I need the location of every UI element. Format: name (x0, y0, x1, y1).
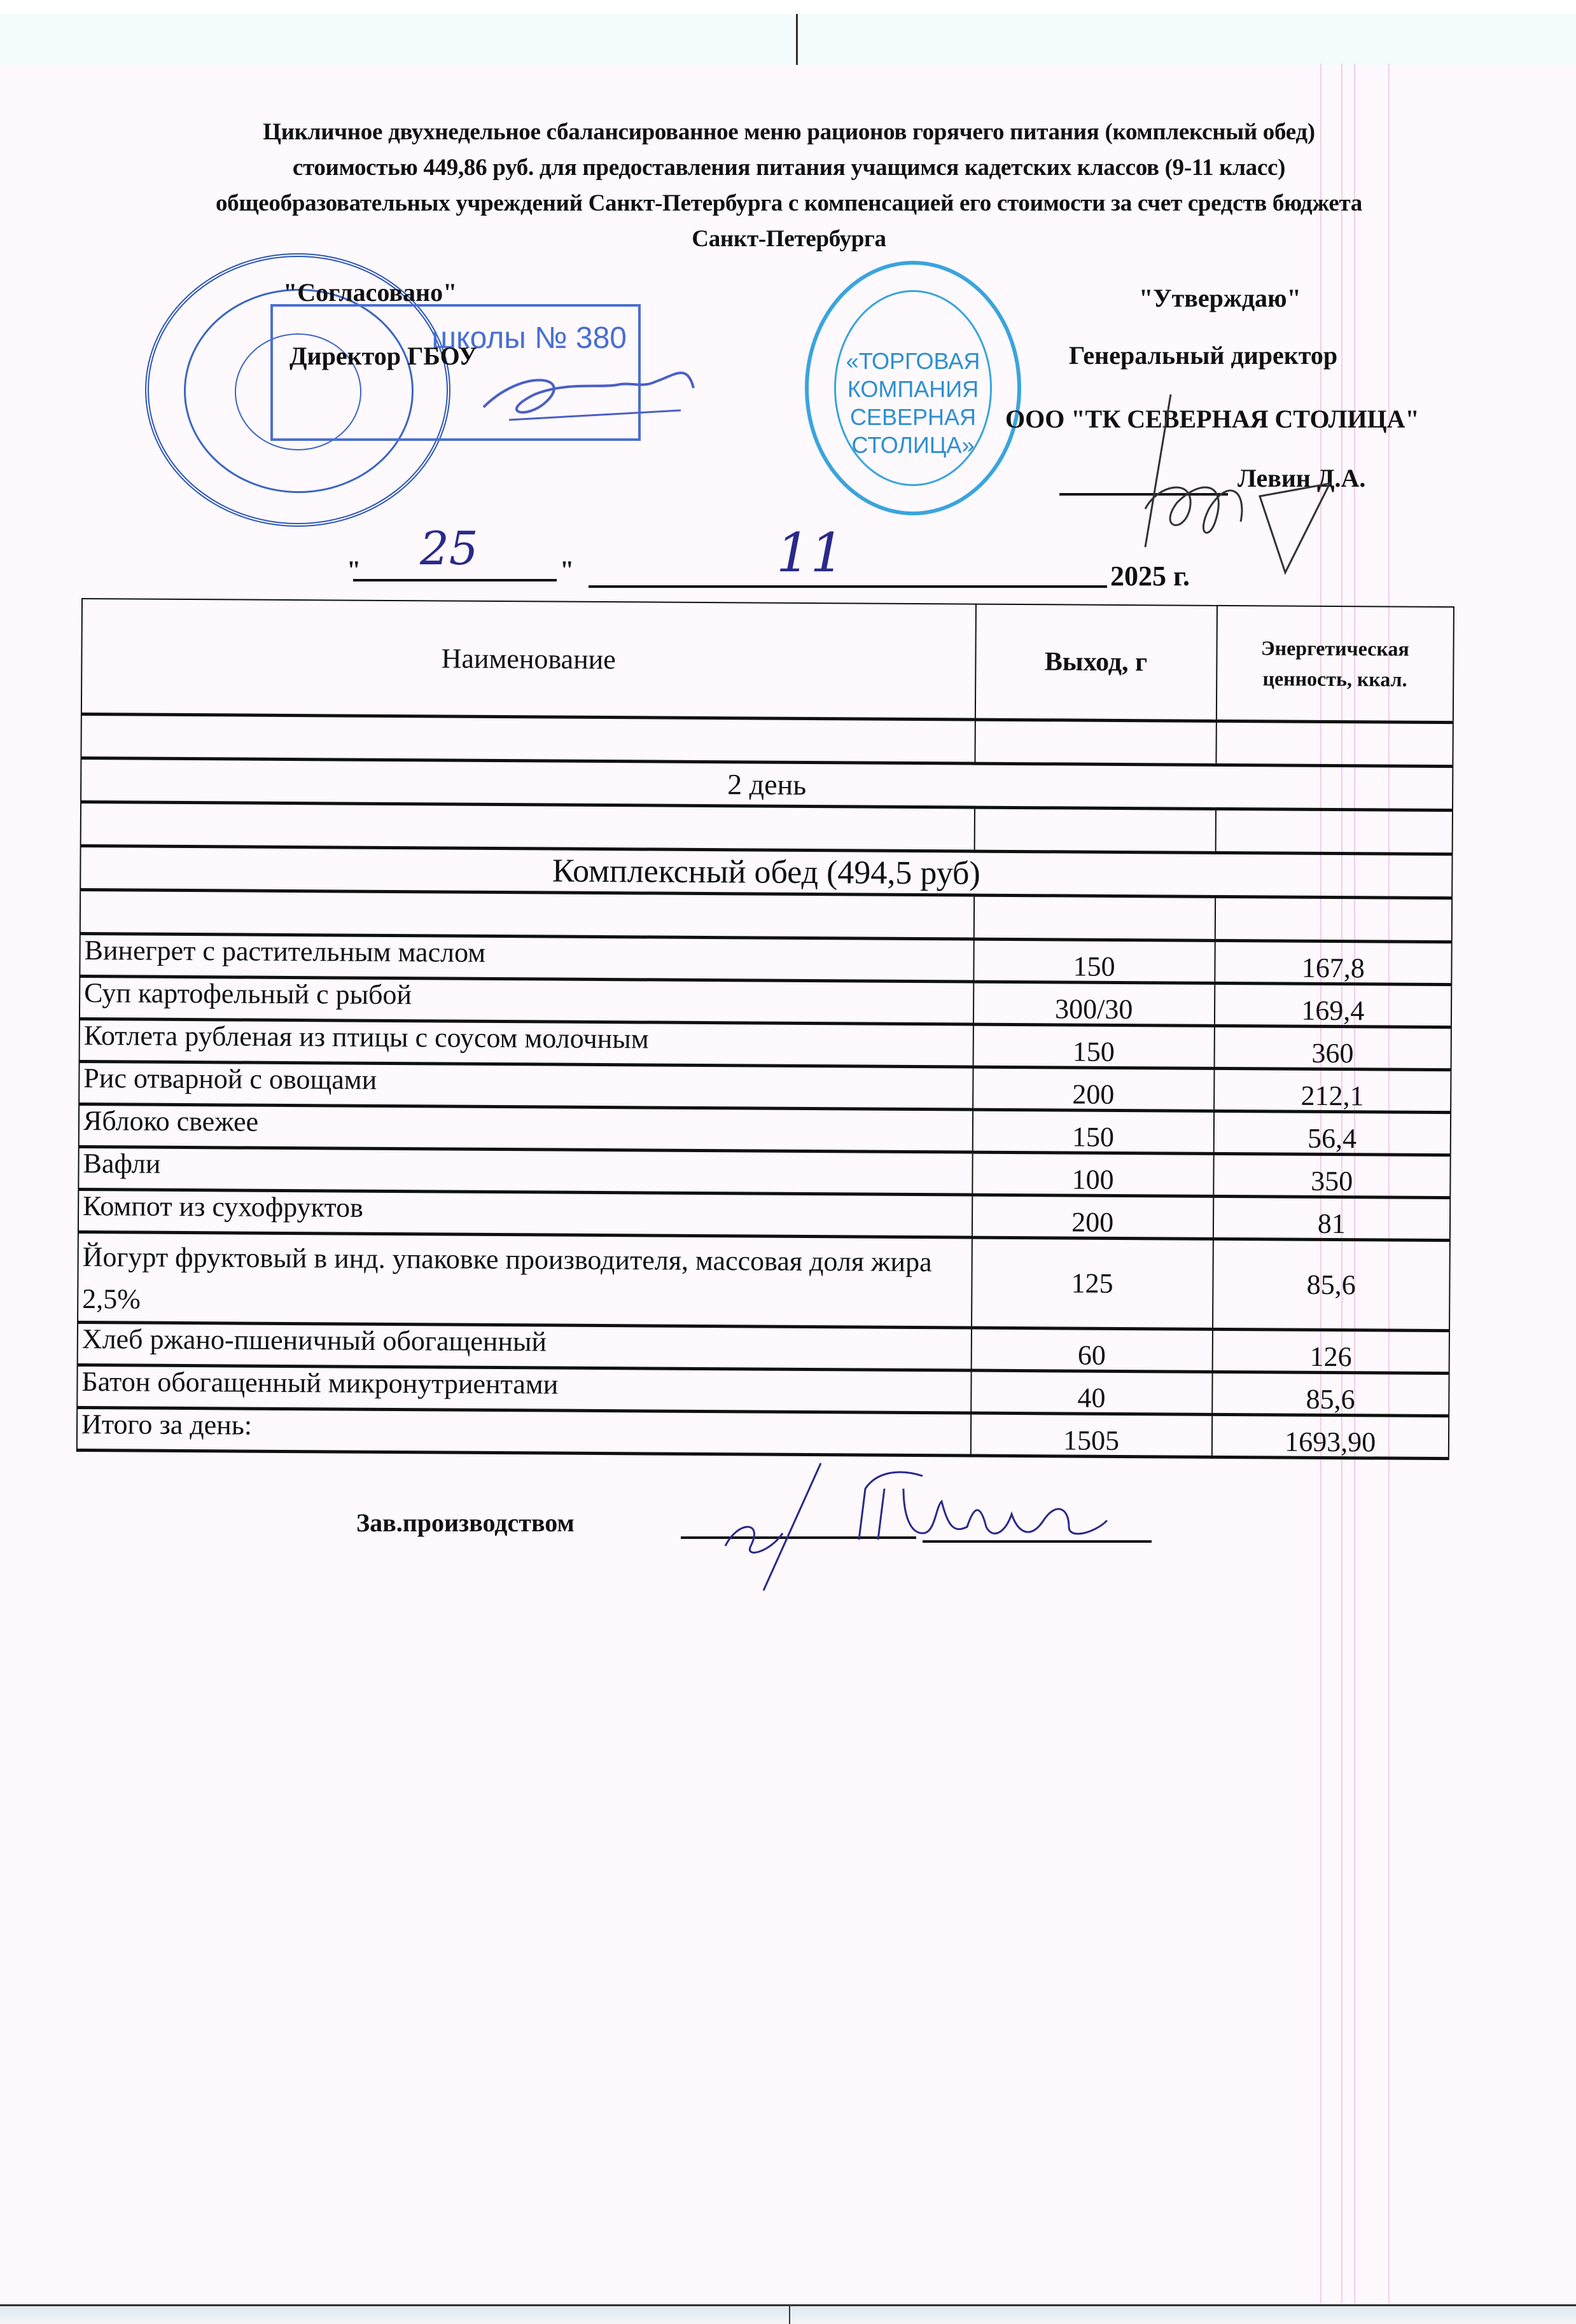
item-yield: 150 (973, 1024, 1214, 1068)
title-line: Санкт-Петербурга (89, 221, 1489, 257)
header-energy: Энергетическая ценность, ккал. (1216, 606, 1453, 723)
document-title: Цикличное двухнедельное сбалансированное… (89, 115, 1489, 257)
item-energy: 81 (1213, 1196, 1450, 1240)
header-yield: Выход, г (975, 604, 1217, 721)
stamp-line: «ТОРГОВАЯ (809, 347, 1017, 375)
item-yield: 150 (973, 939, 1215, 983)
item-name: Компот из сухофруктов (78, 1189, 972, 1237)
total-energy: 1693,90 (1211, 1414, 1449, 1458)
item-name: Рис отварной с овощами (79, 1061, 973, 1110)
stamp-company-name: «ТОРГОВАЯ КОМПАНИЯ СЕВЕРНАЯ СТОЛИЦА» (809, 347, 1017, 459)
menu-table: Наименование Выход, г Энергетическая цен… (76, 598, 1454, 1460)
total-row: Итого за день: 1505 1693,90 (77, 1407, 1449, 1458)
item-yield: 150 (972, 1110, 1213, 1153)
general-director-signature (1120, 382, 1362, 579)
stamp-line: СТОЛИЦА» (809, 431, 1017, 459)
item-yield: 60 (971, 1328, 1212, 1372)
item-yield: 200 (972, 1195, 1213, 1239)
meal-label: Комплексный обед (494,5 руб) (80, 845, 1452, 898)
table-row: Йогурт фруктовый в инд. упаковке произво… (78, 1232, 1450, 1330)
item-name: Йогурт фруктовый в инд. упаковке произво… (78, 1232, 972, 1328)
item-energy: 360 (1214, 1026, 1451, 1069)
item-energy: 85,6 (1212, 1372, 1449, 1416)
stamp-line: СЕВЕРНАЯ (809, 403, 1017, 431)
item-name: Котлета рубленая из птицы с соусом молоч… (80, 1019, 973, 1067)
scan-top-edge (0, 14, 1576, 65)
date-month-handwritten: 11 (776, 522, 844, 584)
date-close-quote: " (560, 555, 574, 585)
item-energy: 85,6 (1213, 1239, 1450, 1330)
date-day-line (353, 579, 557, 581)
empty-row (81, 802, 1453, 854)
empty-row (80, 889, 1452, 942)
item-energy: 167,8 (1215, 940, 1452, 984)
company-round-stamp: «ТОРГОВАЯ КОМПАНИЯ СЕВЕРНАЯ СТОЛИЦА» (805, 261, 1021, 515)
day-label: 2 день (81, 758, 1453, 811)
date-month-line (589, 585, 1107, 588)
approval-left-position: Директор ГБОУ (289, 341, 477, 371)
approval-left-label: "Согласовано" (283, 277, 457, 307)
scan-bottom-edge (0, 2304, 1576, 2324)
item-energy: 212,1 (1214, 1068, 1451, 1112)
item-yield: 40 (971, 1370, 1212, 1414)
item-yield: 125 (972, 1237, 1213, 1329)
table-header-row: Наименование Выход, г Энергетическая цен… (81, 599, 1454, 723)
approval-right-label: "Утверждаю" (1139, 283, 1301, 313)
item-yield: 100 (972, 1152, 1213, 1196)
item-energy: 56,4 (1213, 1111, 1451, 1155)
total-yield: 1505 (970, 1413, 1211, 1457)
item-yield: 200 (973, 1067, 1214, 1111)
item-name: Винегрет с растительным маслом (80, 933, 973, 982)
item-yield: 300/30 (973, 982, 1215, 1026)
date-day-handwritten: 25 (420, 522, 478, 575)
day-row: 2 день (81, 758, 1453, 811)
item-energy: 169,4 (1215, 983, 1452, 1027)
title-line: Цикличное двухнедельное сбалансированное… (89, 115, 1489, 150)
header-name: Наименование (81, 599, 976, 720)
fold-mark-bottom (789, 2304, 790, 2324)
total-label: Итого за день: (77, 1407, 971, 1456)
meal-row: Комплексный обед (494,5 руб) (80, 845, 1452, 898)
production-head-signature (713, 1463, 1285, 1610)
item-name: Хлеб ржано-пшеничный обогащенный (78, 1322, 972, 1370)
item-name: Яблоко свежее (79, 1104, 973, 1152)
fold-mark (796, 14, 798, 65)
item-energy: 350 (1213, 1153, 1451, 1197)
stamp-line: КОМПАНИЯ (809, 375, 1017, 403)
empty-row (81, 714, 1453, 767)
item-energy: 126 (1212, 1329, 1449, 1373)
approval-right-position: Генеральный директор (1069, 340, 1337, 370)
title-line: стоимостью 449,86 руб. для предоставлени… (89, 150, 1489, 186)
title-line: общеобразовательных учреждений Санкт-Пет… (89, 186, 1489, 221)
footer-label: Зав.производством (356, 1508, 575, 1538)
item-name: Вафли (78, 1146, 972, 1195)
director-signature (471, 356, 738, 433)
date-year: 2025 г. (1110, 560, 1190, 592)
item-name: Батон обогащенный микронутриентами (77, 1365, 971, 1413)
item-name: Суп картофельный с рыбой (80, 976, 973, 1024)
